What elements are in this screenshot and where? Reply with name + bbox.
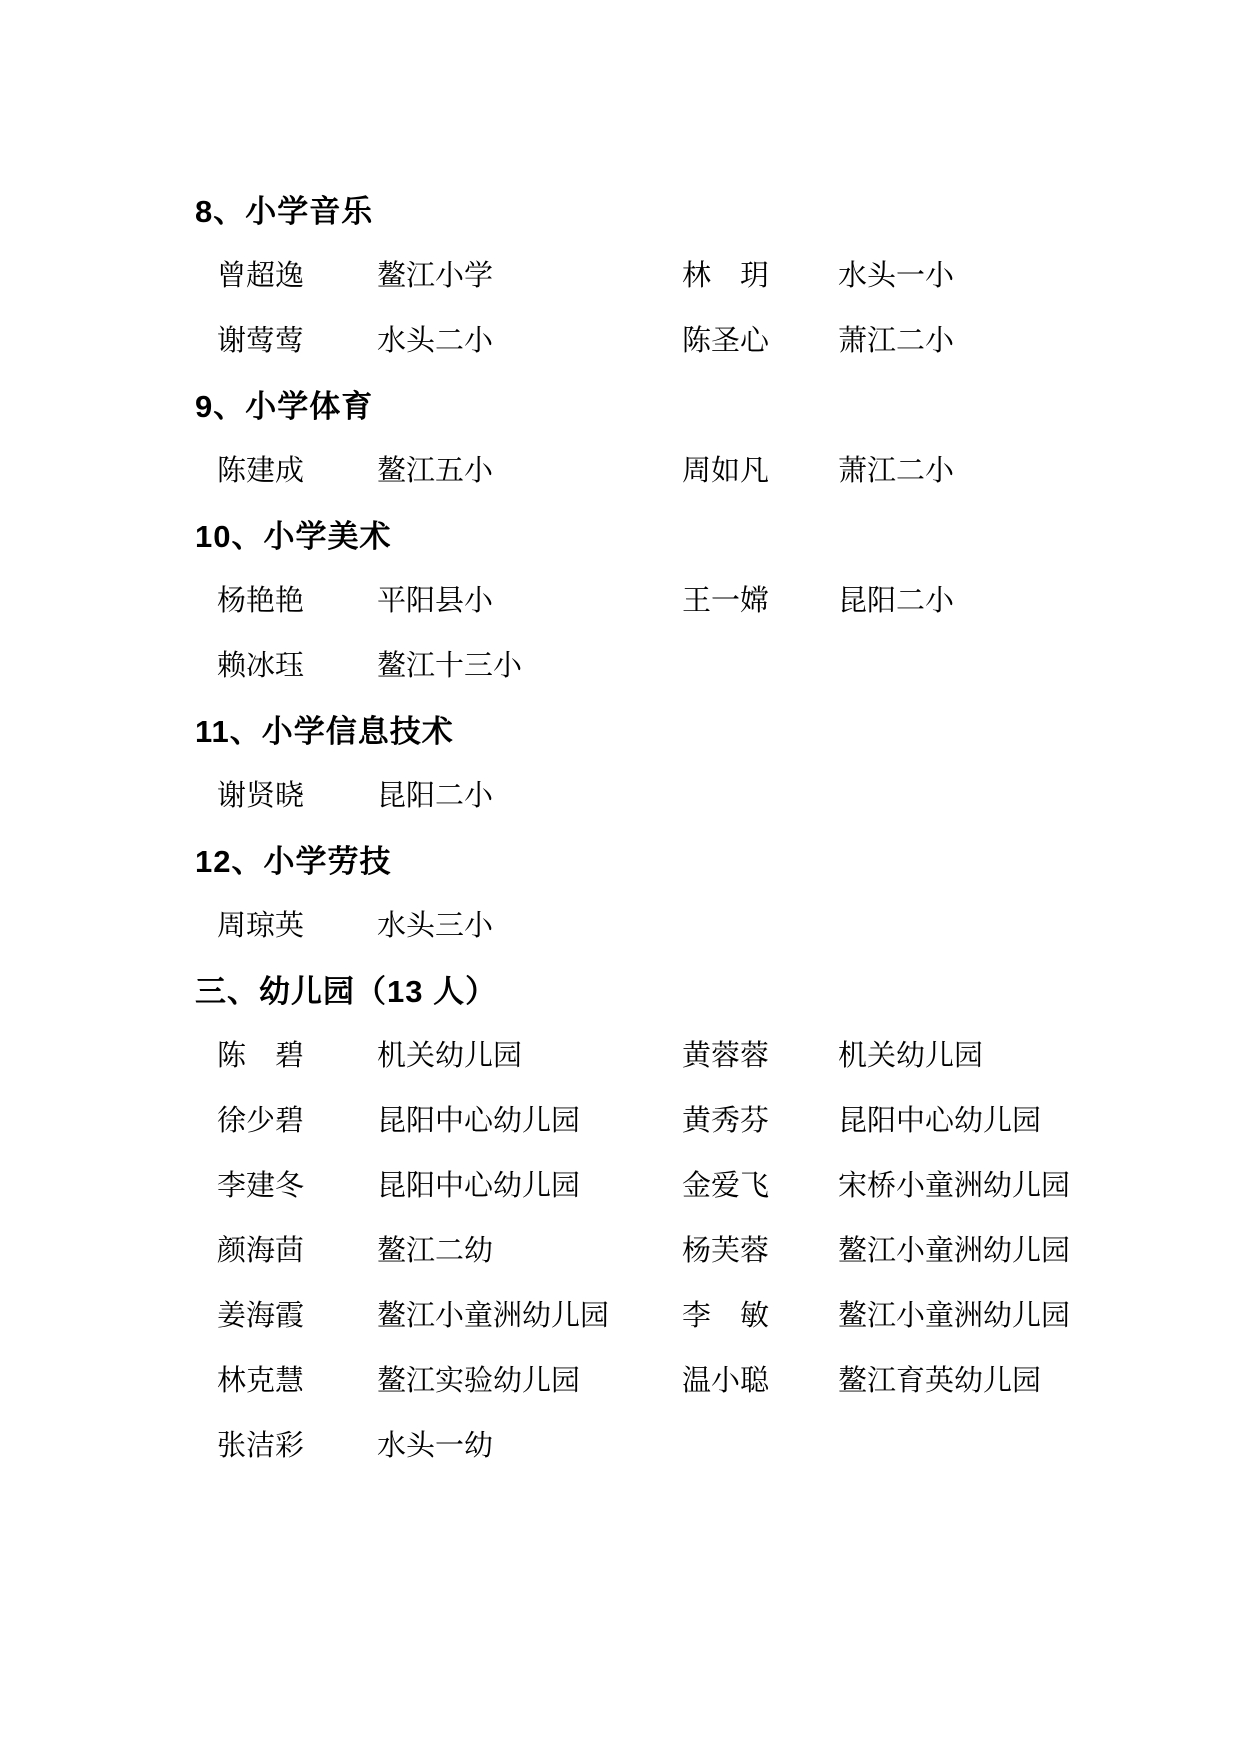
entry-row: 姜海霞鳌江小童洲幼儿园李 敏鳌江小童洲幼儿园 <box>195 1284 1125 1349</box>
school-name: 昆阳中心幼儿园 <box>838 1089 1041 1154</box>
teacher-name: 林 玥 <box>682 244 769 309</box>
entry-row: 周琼英水头三小 <box>195 894 1125 959</box>
teacher-name: 陈 碧 <box>217 1024 304 1089</box>
teacher-name: 谢贤晓 <box>217 764 304 829</box>
school-name: 鳌江十三小 <box>377 634 522 699</box>
teacher-name: 黄秀芬 <box>682 1089 769 1154</box>
teacher-name: 陈建成 <box>217 439 304 504</box>
school-name: 水头一小 <box>838 244 954 309</box>
entry-row: 谢贤晓昆阳二小 <box>195 764 1125 829</box>
school-name: 平阳县小 <box>377 569 493 634</box>
teacher-name: 谢莺莺 <box>217 309 304 374</box>
teacher-name: 温小聪 <box>682 1349 769 1414</box>
entry-row: 颜海茴鳌江二幼杨芙蓉鳌江小童洲幼儿园 <box>195 1219 1125 1284</box>
teacher-name: 杨艳艳 <box>217 569 304 634</box>
school-name: 水头三小 <box>377 894 493 959</box>
entry-row: 徐少碧昆阳中心幼儿园黄秀芬昆阳中心幼儿园 <box>195 1089 1125 1154</box>
teacher-name: 姜海霞 <box>217 1284 304 1349</box>
school-name: 萧江二小 <box>838 309 954 374</box>
entry-row: 李建冬昆阳中心幼儿园金爱飞宋桥小童洲幼儿园 <box>195 1154 1125 1219</box>
school-name: 水头一幼 <box>377 1414 493 1479</box>
school-name: 水头二小 <box>377 309 493 374</box>
teacher-name: 林克慧 <box>217 1349 304 1414</box>
teacher-name: 曾超逸 <box>217 244 304 309</box>
entry-row: 张洁彩水头一幼 <box>195 1414 1125 1479</box>
school-name: 鳌江实验幼儿园 <box>377 1349 580 1414</box>
school-name: 鳌江五小 <box>377 439 493 504</box>
teacher-name: 王一嫦 <box>682 569 769 634</box>
section-heading: 9、小学体育 <box>195 374 1125 439</box>
teacher-name: 黄蓉蓉 <box>682 1024 769 1089</box>
teacher-name: 赖冰珏 <box>217 634 304 699</box>
school-name: 鳌江小童洲幼儿园 <box>377 1284 609 1349</box>
school-name: 鳌江二幼 <box>377 1219 493 1284</box>
school-name: 鳌江育英幼儿园 <box>838 1349 1041 1414</box>
school-name: 昆阳二小 <box>838 569 954 634</box>
school-name: 机关幼儿园 <box>377 1024 522 1089</box>
entry-row: 陈 碧机关幼儿园黄蓉蓉机关幼儿园 <box>195 1024 1125 1089</box>
teacher-name: 杨芙蓉 <box>682 1219 769 1284</box>
teacher-name: 徐少碧 <box>217 1089 304 1154</box>
section-heading: 三、幼儿园（13 人） <box>195 959 1125 1024</box>
teacher-name: 李建冬 <box>217 1154 304 1219</box>
document-page: 8、小学音乐曾超逸鳌江小学林 玥水头一小谢莺莺水头二小陈圣心萧江二小9、小学体育… <box>0 0 1240 1753</box>
teacher-name: 张洁彩 <box>217 1414 304 1479</box>
section-heading: 8、小学音乐 <box>195 179 1125 244</box>
school-name: 鳌江小学 <box>377 244 493 309</box>
school-name: 机关幼儿园 <box>838 1024 983 1089</box>
entry-row: 赖冰珏鳌江十三小 <box>195 634 1125 699</box>
school-name: 昆阳中心幼儿园 <box>377 1089 580 1154</box>
entry-row: 曾超逸鳌江小学林 玥水头一小 <box>195 244 1125 309</box>
teacher-name: 周琼英 <box>217 894 304 959</box>
teacher-name: 李 敏 <box>682 1284 769 1349</box>
document-content: 8、小学音乐曾超逸鳌江小学林 玥水头一小谢莺莺水头二小陈圣心萧江二小9、小学体育… <box>195 179 1125 1479</box>
section-heading: 10、小学美术 <box>195 504 1125 569</box>
teacher-name: 陈圣心 <box>682 309 769 374</box>
school-name: 宋桥小童洲幼儿园 <box>838 1154 1070 1219</box>
school-name: 鳌江小童洲幼儿园 <box>838 1284 1070 1349</box>
entry-row: 林克慧鳌江实验幼儿园温小聪鳌江育英幼儿园 <box>195 1349 1125 1414</box>
school-name: 萧江二小 <box>838 439 954 504</box>
entry-row: 陈建成鳌江五小周如凡萧江二小 <box>195 439 1125 504</box>
section-heading: 12、小学劳技 <box>195 829 1125 894</box>
teacher-name: 周如凡 <box>682 439 769 504</box>
teacher-name: 颜海茴 <box>217 1219 304 1284</box>
school-name: 昆阳二小 <box>377 764 493 829</box>
school-name: 昆阳中心幼儿园 <box>377 1154 580 1219</box>
teacher-name: 金爱飞 <box>682 1154 769 1219</box>
entry-row: 杨艳艳平阳县小王一嫦昆阳二小 <box>195 569 1125 634</box>
entry-row: 谢莺莺水头二小陈圣心萧江二小 <box>195 309 1125 374</box>
section-heading: 11、小学信息技术 <box>195 699 1125 764</box>
school-name: 鳌江小童洲幼儿园 <box>838 1219 1070 1284</box>
